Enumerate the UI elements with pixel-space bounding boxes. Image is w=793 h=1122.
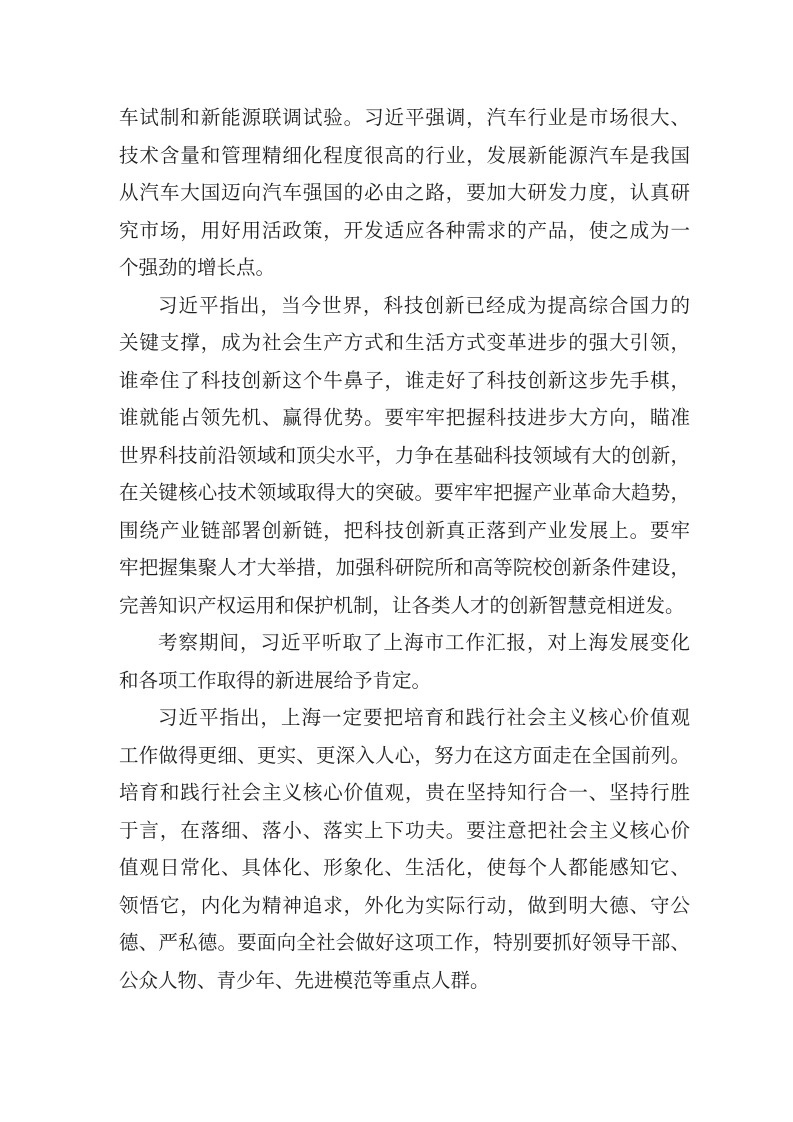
text-line: 谁就能占领先机、赢得优势。要牢牢把握科技进步大方向，瞄准 xyxy=(119,400,690,438)
text-line: 公众人物、青少年、先进模范等重点人群。 xyxy=(119,963,690,1001)
text-line: 关键支撑，成为社会生产方式和生活方式变革进步的强大引领， xyxy=(119,325,690,363)
text-line: 于言，在落细、落小、落实上下功夫。要注意把社会主义核心价 xyxy=(119,813,690,851)
text-line: 在关键核心技术领域取得大的突破。要牢牢把握产业革命大趋势， xyxy=(119,475,690,513)
text-line: 个强劲的增长点。 xyxy=(119,250,690,288)
paragraph: 习近平指出，上海一定要把培育和践行社会主义核心价值观工作做得更细、更实、更深入人… xyxy=(119,700,690,1000)
text-line: 领悟它，内化为精神追求，外化为实际行动，做到明大德、守公 xyxy=(119,888,690,926)
text-line: 完善知识产权运用和保护机制，让各类人才的创新智慧竞相迸发。 xyxy=(119,588,690,626)
paragraph: 车试制和新能源联调试验。习近平强调，汽车行业是市场很大、技术含量和管理精细化程度… xyxy=(119,100,690,288)
text-line: 和各项工作取得的新进展给予肯定。 xyxy=(119,663,690,701)
text-line: 从汽车大国迈向汽车强国的必由之路，要加大研发力度，认真研 xyxy=(119,175,690,213)
text-line: 习近平指出，上海一定要把培育和践行社会主义核心价值观 xyxy=(119,700,690,738)
text-line: 牢把握集聚人才大举措，加强科研院所和高等院校创新条件建设， xyxy=(119,550,690,588)
text-line: 谁牵住了科技创新这个牛鼻子，谁走好了科技创新这步先手棋， xyxy=(119,363,690,401)
text-line: 培育和践行社会主义核心价值观，贵在坚持知行合一、坚持行胜 xyxy=(119,775,690,813)
document-body: 车试制和新能源联调试验。习近平强调，汽车行业是市场很大、技术含量和管理精细化程度… xyxy=(119,100,690,1000)
document-page: 车试制和新能源联调试验。习近平强调，汽车行业是市场很大、技术含量和管理精细化程度… xyxy=(0,0,793,1122)
text-line: 车试制和新能源联调试验。习近平强调，汽车行业是市场很大、 xyxy=(119,100,690,138)
text-line: 德、严私德。要面向全社会做好这项工作，特别要抓好领导干部、 xyxy=(119,925,690,963)
text-line: 考察期间，习近平听取了上海市工作汇报，对上海发展变化 xyxy=(119,625,690,663)
paragraph: 考察期间，习近平听取了上海市工作汇报，对上海发展变化和各项工作取得的新进展给予肯… xyxy=(119,625,690,700)
text-line: 习近平指出，当今世界，科技创新已经成为提高综合国力的 xyxy=(119,288,690,326)
text-line: 工作做得更细、更实、更深入人心，努力在这方面走在全国前列。 xyxy=(119,738,690,776)
text-line: 究市场，用好用活政策，开发适应各种需求的产品，使之成为一 xyxy=(119,213,690,251)
text-line: 围绕产业链部署创新链，把科技创新真正落到产业发展上。要牢 xyxy=(119,513,690,551)
text-line: 技术含量和管理精细化程度很高的行业，发展新能源汽车是我国 xyxy=(119,138,690,176)
text-line: 值观日常化、具体化、形象化、生活化，使每个人都能感知它、 xyxy=(119,850,690,888)
text-line: 世界科技前沿领域和顶尖水平，力争在基础科技领域有大的创新， xyxy=(119,438,690,476)
paragraph: 习近平指出，当今世界，科技创新已经成为提高综合国力的关键支撑，成为社会生产方式和… xyxy=(119,288,690,626)
